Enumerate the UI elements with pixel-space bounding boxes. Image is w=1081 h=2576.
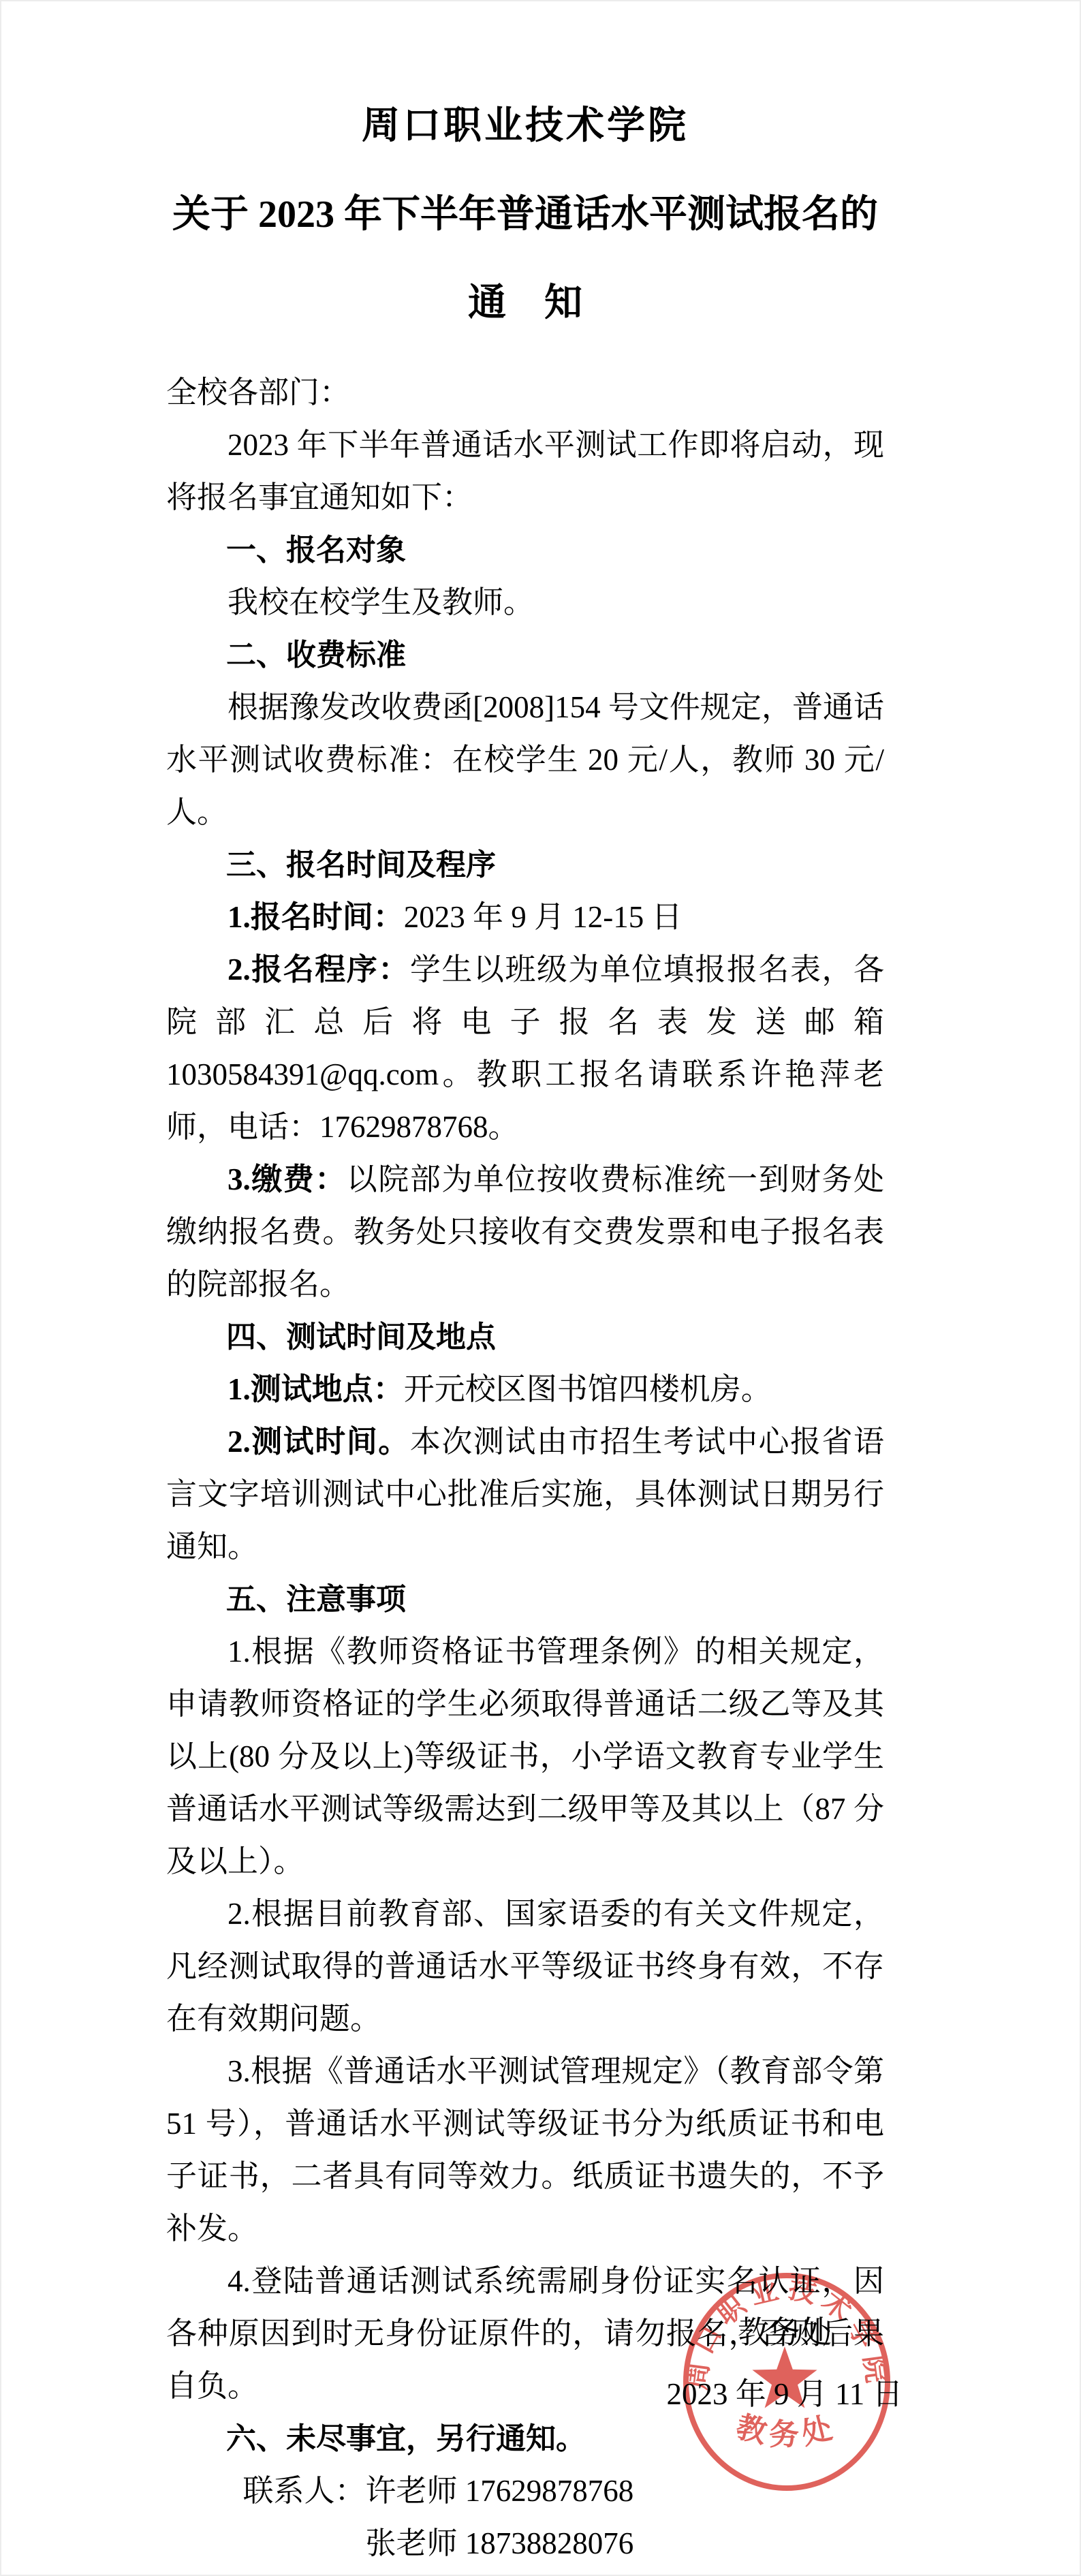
star-icon: [752, 2346, 817, 2408]
item-label: 2.测试时间。: [228, 1425, 410, 1459]
notice-title: 关于 2023 年下半年普通话水平测试报名的: [166, 170, 884, 259]
list-item-registration-procedure: 2.报名程序：学生以班级为单位填报报名表，各院部汇总后将电子报名表发送邮箱 10…: [166, 944, 884, 1153]
list-item-test-time: 2.测试时间。本次测试由市招生考试中心报省语言文字培训测试中心批准后实施，具体测…: [166, 1416, 884, 1573]
title-block: 周口职业技术学院 关于 2023 年下半年普通话水平测试报名的 通 知: [166, 82, 884, 347]
item-text: 开元校区图书馆四楼机房。: [404, 1372, 772, 1406]
section-heading-5: 五、注意事项: [166, 1573, 884, 1626]
list-item-test-location: 1.测试地点：开元校区图书馆四楼机房。: [166, 1363, 884, 1416]
section-heading-4: 四、测试时间及地点: [166, 1311, 884, 1363]
item-text: 2023 年 9 月 12-15 日: [404, 900, 683, 934]
item-label: 1.测试地点：: [228, 1372, 404, 1406]
stamp-department-text: 教务处: [733, 2410, 841, 2451]
note-paragraph-3: 3.根据《普通话水平测试管理规定》（教育部令第 51 号），普通话水平测试等级证…: [166, 2045, 884, 2255]
item-label: 3.缴费：: [228, 1162, 347, 1196]
notice-document: 周口职业技术学院 关于 2023 年下半年普通话水平测试报名的 通 知 全校各部…: [0, 0, 1081, 2576]
organization-title: 周口职业技术学院: [166, 82, 884, 170]
list-item-payment: 3.缴费：以院部为单位按收费标准统一到财务处缴纳报名费。教务处只接收有交费发票和…: [166, 1153, 884, 1311]
notice-body: 全校各部门： 2023 年下半年普通话水平测试工作即将启动，现将报名事宜通知如下…: [166, 367, 884, 2570]
body-paragraph: 我校在校学生及教师。: [166, 576, 884, 629]
svg-text:教务处: 教务处: [733, 2410, 841, 2451]
item-label: 1.报名时间：: [228, 900, 404, 934]
body-paragraph: 根据豫发改收费函[2008]154 号文件规定，普通话水平测试收费标准：在校学生…: [166, 681, 884, 839]
note-paragraph-2: 2.根据目前教育部、国家语委的有关文件规定，凡经测试取得的普通话水平等级证书终身…: [166, 1888, 884, 2045]
section-heading-1: 一、报名对象: [166, 524, 884, 576]
contact-line-2: 张老师 18738828076: [166, 2517, 884, 2570]
list-item-registration-time: 1.报名时间：2023 年 9 月 12-15 日: [166, 891, 884, 944]
intro-paragraph: 2023 年下半年普通话水平测试工作即将启动，现将报名事宜通知如下：: [166, 419, 884, 524]
section-heading-3: 三、报名时间及程序: [166, 839, 884, 891]
item-label: 2.报名程序：: [228, 952, 410, 987]
notice-title-word: 通 知: [166, 259, 884, 347]
official-stamp: 周口职业技术学院 教务处: [672, 2265, 904, 2500]
section-heading-2: 二、收费标准: [166, 629, 884, 681]
note-paragraph-1: 1.根据《教师资格证书管理条例》的相关规定，申请教师资格证的学生必须取得普通话二…: [166, 1626, 884, 1888]
document-content: 周口职业技术学院 关于 2023 年下半年普通话水平测试报名的 通 知 全校各部…: [1, 1, 1080, 2570]
salutation: 全校各部门：: [166, 367, 884, 419]
